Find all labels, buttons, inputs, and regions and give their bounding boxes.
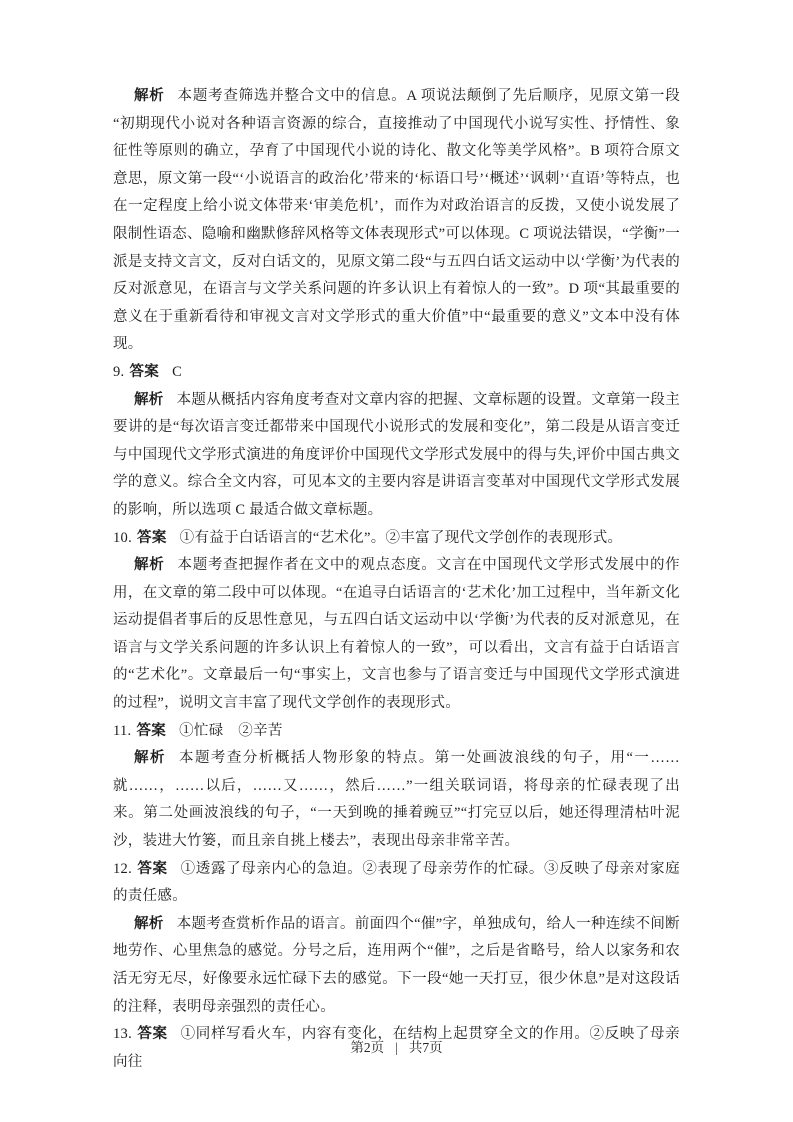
analysis-paragraph-q9: 解析本题从概括内容角度考查对文章内容的把握、文章标题的设置。文章第一段主要讲的是… xyxy=(113,387,680,525)
answer-label: 答案 xyxy=(137,530,167,546)
answer-text: C xyxy=(172,364,182,380)
footer-page-total: 共7页 xyxy=(409,1040,443,1055)
analysis-label: 解析 xyxy=(134,557,164,573)
analysis-paragraph-q12: 解析本题考查赏析作品的语言。前面四个“催”字，单独成句，给人一种连续不间断地劳作… xyxy=(113,911,680,1021)
analysis-paragraph-q8: 解析本题考查筛选并整合文中的信息。A 项说法颠倒了先后顺序，见原文第一段“初期现… xyxy=(113,83,680,359)
question-number: 10. xyxy=(113,530,132,546)
analysis-text: 本题考查筛选并整合文中的信息。A 项说法颠倒了先后顺序，见原文第一段“初期现代小… xyxy=(113,88,680,352)
analysis-text: 本题考查把握作者在文中的观点态度。文言在中国现代文学形式发展中的作用，在文章的第… xyxy=(113,557,680,711)
analysis-paragraph-q11: 解析本题考查分析概括人物形象的特点。第一处画波浪线的句子，用“一……就……，……… xyxy=(113,745,680,855)
answer-text: ①忙碌 ②辛苦 xyxy=(179,723,283,739)
analysis-label: 解析 xyxy=(134,750,166,766)
analysis-text: 本题考查赏析作品的语言。前面四个“催”字，单独成句，给人一种连续不间断地劳作、心… xyxy=(113,916,680,1015)
answer-paragraph-q9: 9.答案C xyxy=(113,359,680,387)
answer-paragraph-q12: 12.答案①透露了母亲内心的急迫。②表现了母亲劳作的忙碌。③反映了母亲对家庭的责… xyxy=(113,856,680,911)
analysis-text: 本题考查分析概括人物形象的特点。第一处画波浪线的句子，用“一……就……，……以后… xyxy=(113,750,680,849)
answer-label: 答案 xyxy=(137,861,168,877)
analysis-label: 解析 xyxy=(134,88,165,104)
analysis-label: 解析 xyxy=(134,392,164,408)
answer-paragraph-q10: 10.答案①有益于白话语言的“艺术化”。②丰富了现代文学创作的表现形式。 xyxy=(113,525,680,553)
answer-key-content: 解析本题考查筛选并整合文中的信息。A 项说法颠倒了先后顺序，见原文第一段“初期现… xyxy=(113,83,680,1076)
answer-paragraph-q11: 11.答案①忙碌 ②辛苦 xyxy=(113,718,680,746)
page-footer: 第2页|共7页 xyxy=(0,1036,793,1056)
answer-label: 答案 xyxy=(137,723,167,739)
answer-text: ①有益于白话语言的“艺术化”。②丰富了现代文学创作的表现形式。 xyxy=(180,530,623,546)
analysis-text: 本题从概括内容角度考查对文章内容的把握、文章标题的设置。文章第一段主要讲的是“每… xyxy=(113,392,680,518)
answer-label: 答案 xyxy=(129,364,159,380)
analysis-label: 解析 xyxy=(134,916,164,932)
analysis-paragraph-q10: 解析本题考查把握作者在文中的观点态度。文言在中国现代文学形式发展中的作用，在文章… xyxy=(113,552,680,718)
question-number: 9. xyxy=(113,364,124,380)
question-number: 12. xyxy=(113,861,132,877)
answer-text: ①透露了母亲内心的急迫。②表现了母亲劳作的忙碌。③反映了母亲对家庭的责任感。 xyxy=(113,861,680,905)
footer-separator: | xyxy=(395,1040,398,1056)
document-page: 解析本题考查筛选并整合文中的信息。A 项说法颠倒了先后顺序，见原文第一段“初期现… xyxy=(0,0,793,1122)
question-number: 11. xyxy=(113,723,132,739)
footer-page-number: 第2页 xyxy=(350,1040,384,1055)
